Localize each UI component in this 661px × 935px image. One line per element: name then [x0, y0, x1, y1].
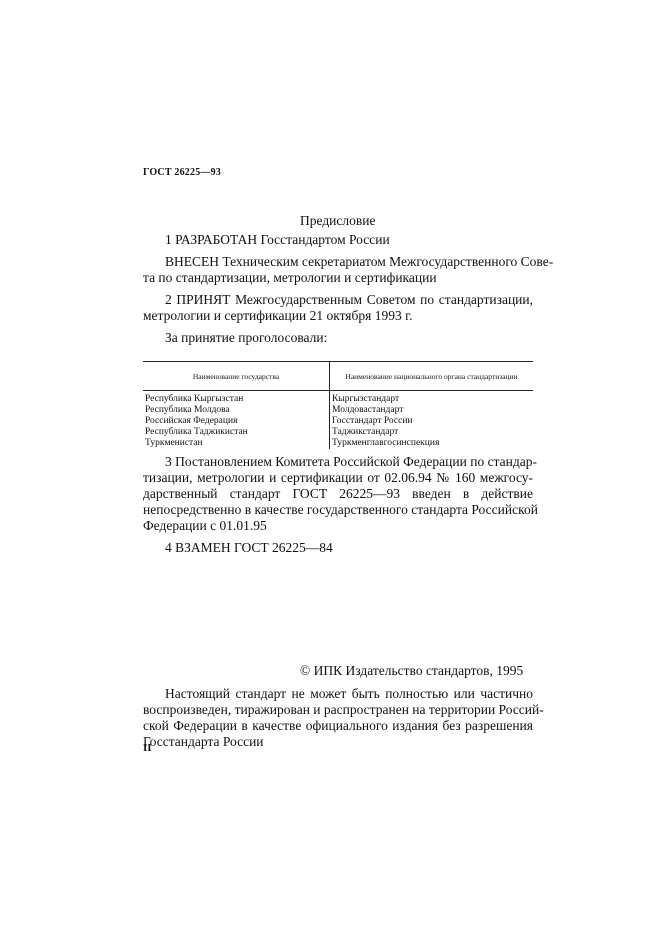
reproduction-notice: Настоящий стандарт не может быть полност… — [143, 686, 533, 750]
text-line: воспроизведен, тиражирован и распростран… — [143, 702, 533, 718]
text-span: 2 ПРИНЯТ Межгосударственным Советом по с… — [165, 292, 533, 307]
text-line: 3 Постановлением Комитета Российской Фед… — [143, 454, 533, 470]
text-line: 2 ПРИНЯТ Межгосударственным Советом по с… — [143, 292, 533, 308]
text-line: дарственный стандарт ГОСТ 26225—93 введе… — [143, 486, 533, 502]
text-span: Настоящий стандарт не может быть полност… — [165, 686, 533, 701]
copyright-notice: © ИПК Издательство стандартов, 1995 — [300, 663, 523, 679]
text-line: непосредственно в качестве государственн… — [143, 502, 533, 518]
standards-body-cell: Госстандарт России — [330, 416, 534, 427]
text-line: метрологии и сертификации 21 октября 199… — [143, 308, 533, 324]
item-4-replaces: 4 ВЗАМЕН ГОСТ 26225—84 — [143, 540, 533, 556]
item-1-introduced: ВНЕСЕН Техническим секретариатом Межгосу… — [143, 254, 533, 286]
vote-intro-text: За принятие проголосовали: — [165, 330, 327, 345]
state-cell: Туркменистан — [143, 438, 330, 449]
text-line: тизации, метрологии и сертификации от 02… — [143, 470, 533, 486]
item-1-developed: 1 РАЗРАБОТАН Госстандартом России — [143, 232, 533, 248]
table-header-row: Наименование государства Наименование на… — [143, 362, 533, 391]
state-cell: Республика Молдова — [143, 405, 330, 416]
text-line: ской Федерации в качестве официального и… — [143, 718, 533, 734]
table-row: Российская Федерация Госстандарт России — [143, 416, 533, 427]
table-row: Республика Таджикистан Таджикстандарт — [143, 427, 533, 438]
text-line: Федерации с 01.01.95 — [143, 518, 533, 534]
standards-body-cell: Таджикстандарт — [330, 427, 534, 438]
text-line: та по стандартизации, метрологии и серти… — [143, 270, 533, 286]
item-1-text: 1 РАЗРАБОТАН Госстандартом России — [165, 232, 390, 247]
column-header-state: Наименование государства — [143, 362, 330, 391]
column-header-standards-body: Наименование национального органа станда… — [330, 362, 534, 391]
text-line: Настоящий стандарт не может быть полност… — [143, 686, 533, 702]
state-cell: Республика Таджикистан — [143, 427, 330, 438]
text-line: Госстандарта России — [143, 734, 533, 750]
text-span: ВНЕСЕН Техническим секретариатом Межгосу… — [165, 254, 553, 269]
item-2-adopted: 2 ПРИНЯТ Межгосударственным Советом по с… — [143, 292, 533, 324]
page-number: II — [143, 742, 152, 754]
text-span: 3 Постановлением Комитета Российской Фед… — [165, 454, 537, 469]
table-row: Республика Кыргызстан Кыргызстандарт — [143, 391, 533, 406]
section-title: Предисловие — [300, 213, 375, 229]
standards-body-cell: Кыргызстандарт — [330, 391, 534, 406]
document-code-header: ГОСТ 26225—93 — [143, 167, 221, 178]
vote-intro: За принятие проголосовали: — [143, 330, 533, 346]
standards-body-cell: Туркменглавгосинспекция — [330, 438, 534, 449]
state-cell: Республика Кыргызстан — [143, 391, 330, 406]
voting-table: Наименование государства Наименование на… — [143, 361, 533, 449]
table-row: Туркменистан Туркменглавгосинспекция — [143, 438, 533, 449]
text-line: ВНЕСЕН Техническим секретариатом Межгосу… — [143, 254, 533, 270]
standards-body-cell: Молдовастандарт — [330, 405, 534, 416]
item-4-text: 4 ВЗАМЕН ГОСТ 26225—84 — [165, 540, 333, 555]
state-cell: Российская Федерация — [143, 416, 330, 427]
item-3-decree: 3 Постановлением Комитета Российской Фед… — [143, 454, 533, 534]
table-row: Республика Молдова Молдовастандарт — [143, 405, 533, 416]
